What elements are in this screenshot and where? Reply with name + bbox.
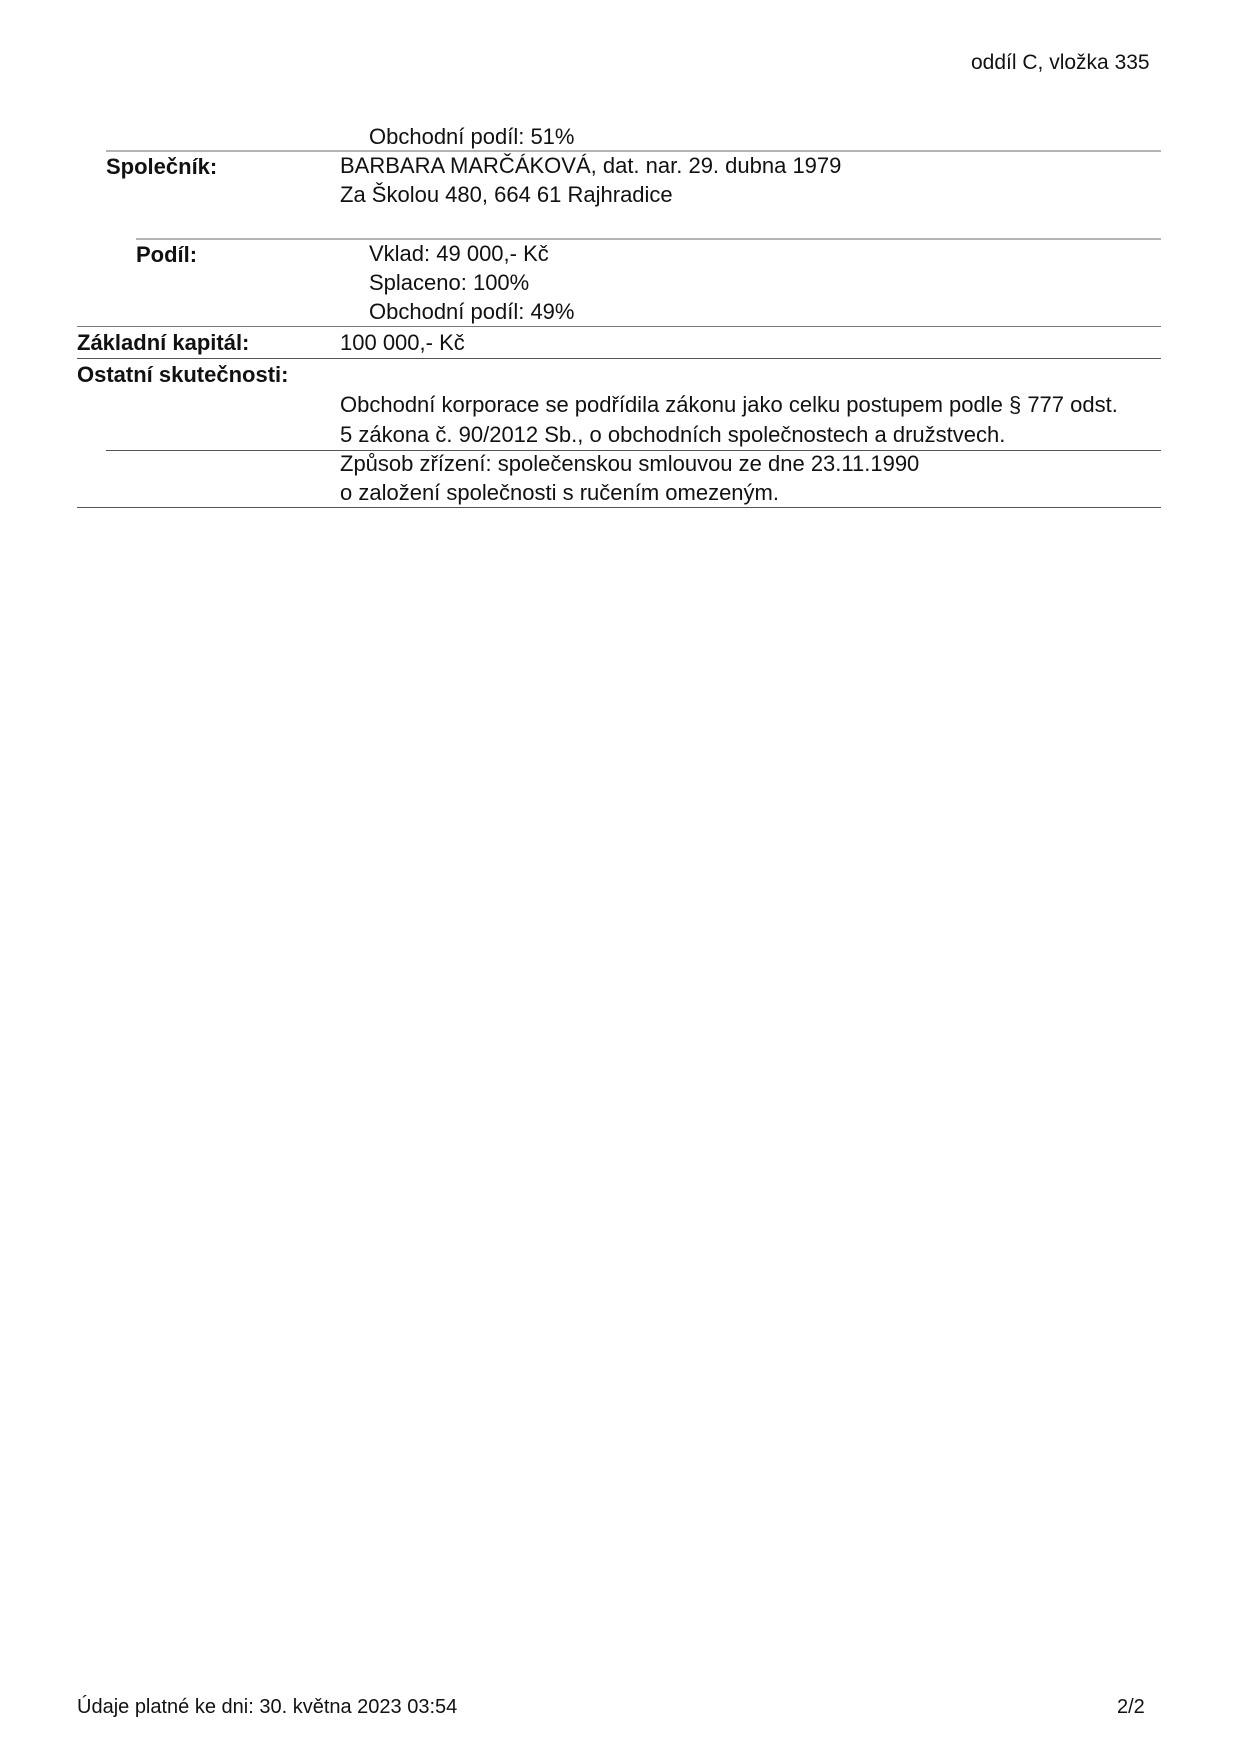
footer-valid-as-of: Údaje platné ke dni: 30. května 2023 03:… xyxy=(77,1693,457,1722)
previous-share-percentage: Obchodní podíl: 51% xyxy=(369,122,574,151)
zakladni-kapital-value: 100 000,- Kč xyxy=(340,328,465,357)
ostatni-skutecnosti-entry-2-line-1: Způsob zřízení: společenskou smlouvou ze… xyxy=(340,449,919,478)
zakladni-kapital-label: Základní kapitál: xyxy=(77,328,249,357)
divider-end xyxy=(77,507,1161,508)
podil-label: Podíl: xyxy=(136,240,197,269)
podil-vklad: Vklad: 49 000,- Kč xyxy=(369,239,549,268)
divider-podil xyxy=(136,238,1161,240)
ostatni-skutecnosti-entry-1-line-2: 5 zákona č. 90/2012 Sb., o obchodních sp… xyxy=(340,420,1005,449)
podil-obchodni-podil: Obchodní podíl: 49% xyxy=(369,297,574,326)
divider-zakladni-kapital xyxy=(77,326,1161,327)
spolecnik-name-birthdate: BARBARA MARČÁKOVÁ, dat. nar. 29. dubna 1… xyxy=(340,151,841,180)
ostatni-skutecnosti-entry-2-line-2: o založení společnosti s ručením omezený… xyxy=(340,478,779,507)
spolecnik-label: Společník: xyxy=(106,152,217,181)
footer-page-number: 2/2 xyxy=(1117,1693,1145,1722)
section-reference: oddíl C, vložka 335 xyxy=(971,48,1150,77)
spolecnik-address: Za Školou 480, 664 61 Rajhradice xyxy=(340,180,673,209)
ostatni-skutecnosti-label: Ostatní skutečnosti: xyxy=(77,360,288,389)
ostatni-skutecnosti-entry-1-line-1: Obchodní korporace se podřídila zákonu j… xyxy=(340,390,1118,419)
podil-splaceno: Splaceno: 100% xyxy=(369,268,529,297)
divider-ostatni-skutecnosti xyxy=(77,358,1161,359)
